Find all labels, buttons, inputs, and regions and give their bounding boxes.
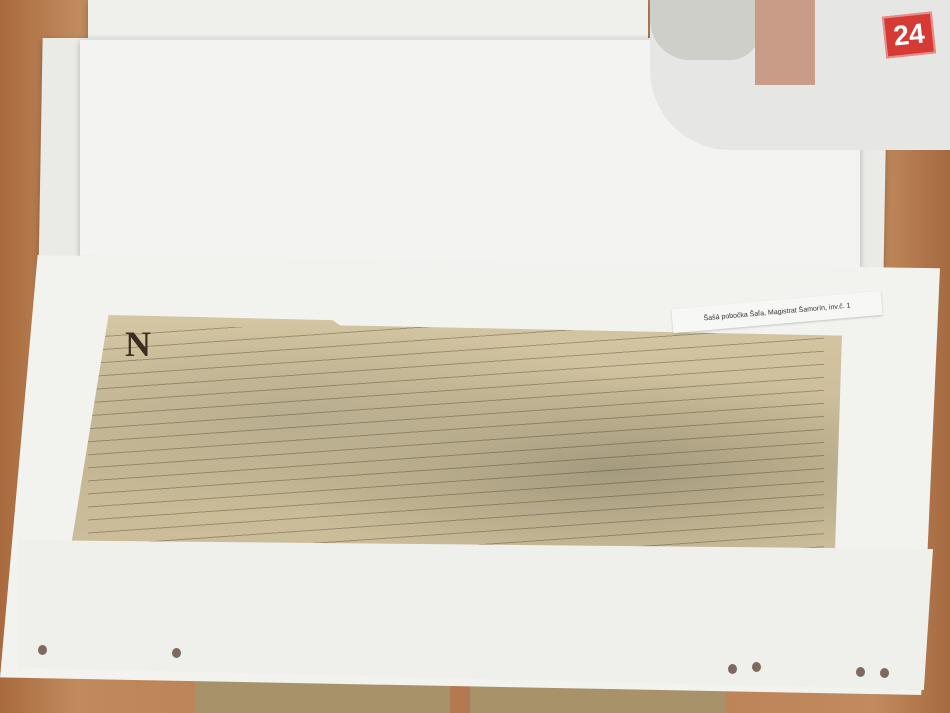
channel-logo: 24 — [882, 12, 936, 59]
punch-hole — [728, 664, 737, 674]
folder-pocket — [18, 540, 933, 690]
punch-hole — [38, 645, 47, 655]
punch-hole — [856, 667, 865, 677]
punch-hole — [172, 648, 181, 658]
punch-hole — [880, 668, 889, 678]
paper-sheet — [88, 0, 648, 42]
decorated-initial: N — [125, 323, 151, 365]
handwritten-text — [88, 327, 824, 561]
sleeve-cuff — [650, 0, 760, 60]
person-wrist — [755, 0, 815, 85]
parchment-manuscript: N — [70, 315, 842, 573]
punch-hole — [752, 662, 761, 672]
